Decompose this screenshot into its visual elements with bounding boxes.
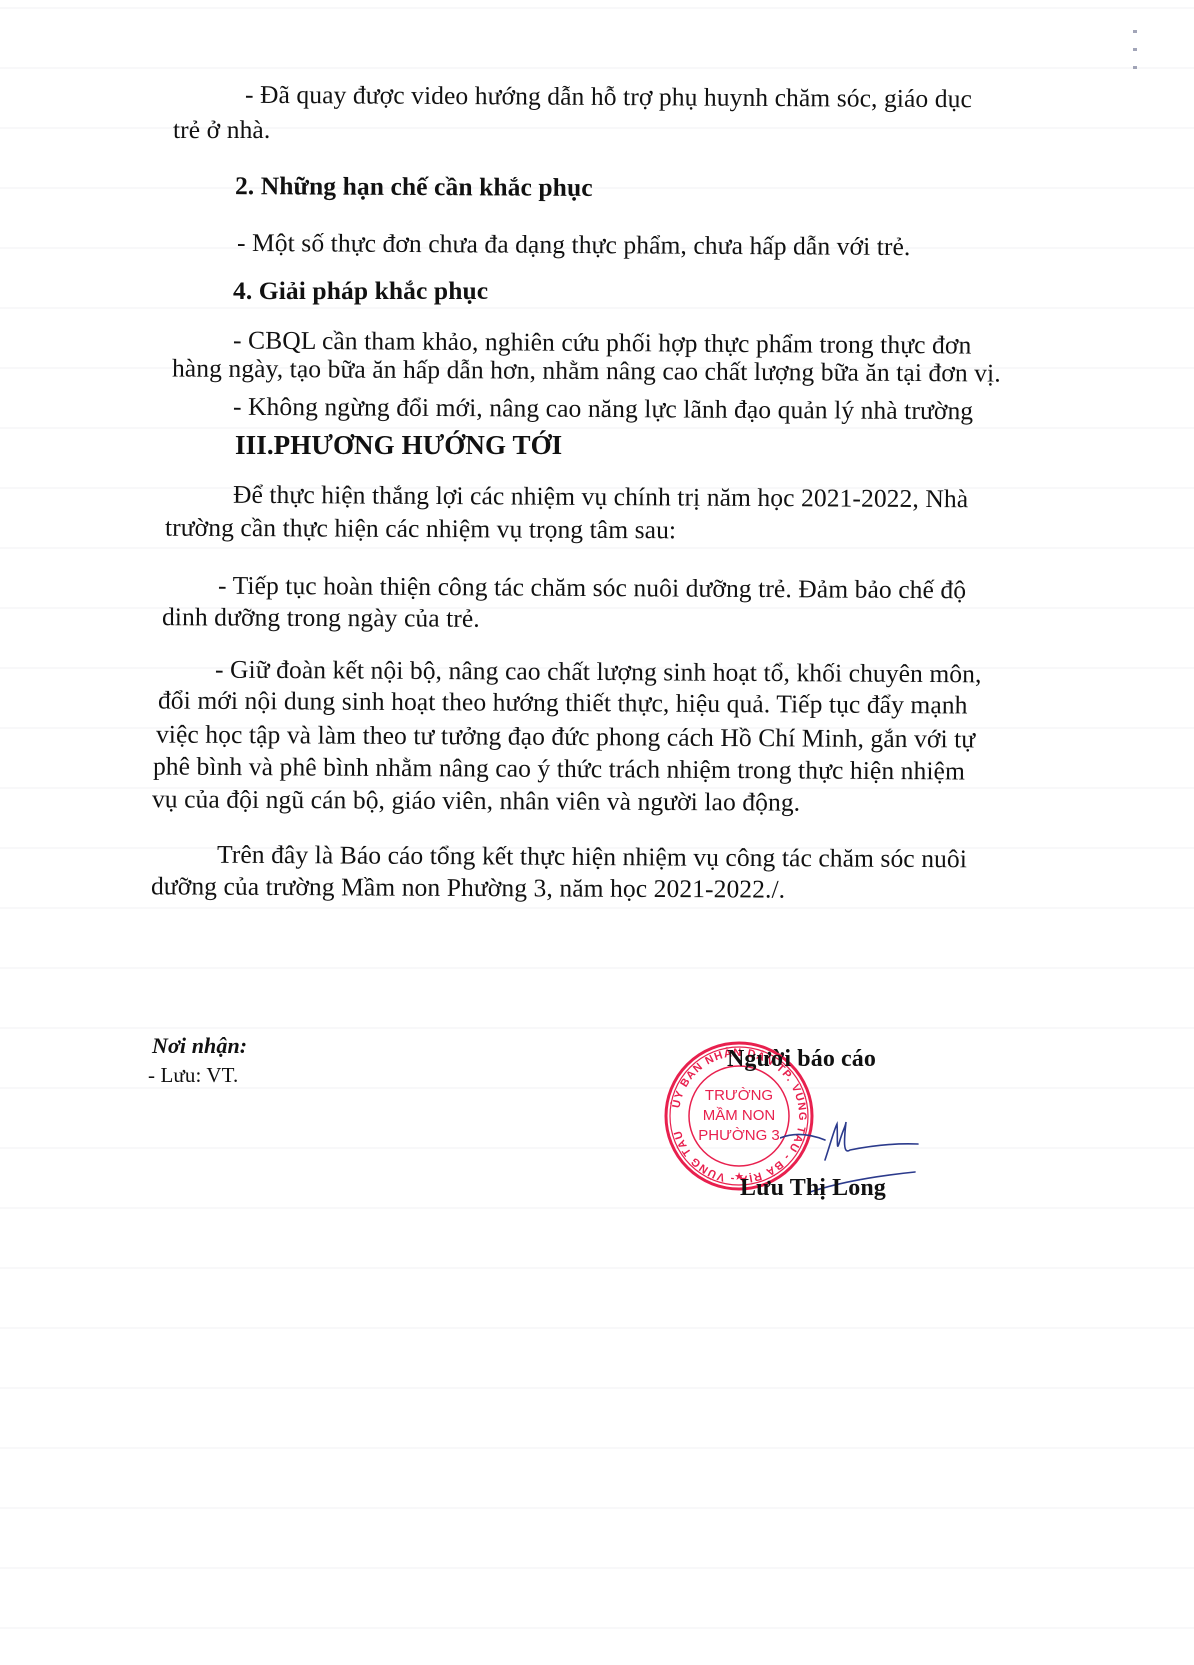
recipients-label: Nơi nhận: <box>152 1033 247 1059</box>
bullet-unity: - Giữ đoàn kết nội bộ, nâng cao chất lượ… <box>215 655 982 690</box>
svg-text:TRƯỜNG: TRƯỜNG <box>705 1087 773 1104</box>
closing-statement: Trên đây là Báo cáo tổng kết thực hiện n… <box>217 840 967 875</box>
bullet-menu-limitation: - Một số thực đơn chưa đa dạng thực phẩm… <box>237 228 911 262</box>
bullet-unity-cont-4: vụ của đội ngũ cán bộ, giáo viên, nhân v… <box>152 784 800 817</box>
heading-limitations: 2. Những hạn chế cần khắc phục <box>235 171 593 203</box>
direction-intro: Để thực hiện thắng lợi các nhiệm vụ chín… <box>233 480 968 514</box>
heading-direction: III.PHƯƠNG HƯỚNG TỚI <box>235 430 562 461</box>
scanner-marks <box>1133 30 1139 90</box>
svg-text:PHƯỜNG 3: PHƯỜNG 3 <box>698 1127 780 1144</box>
svg-text:MẦM NON: MẦM NON <box>703 1107 776 1124</box>
recipient-item: - Lưu: VT. <box>148 1063 238 1088</box>
bullet-unity-cont-1: đổi mới nội dung sinh hoạt theo hướng th… <box>158 686 968 721</box>
bullet-unity-cont-3: phê bình và phê bình nhằm nâng cao ý thứ… <box>153 752 965 787</box>
signer-name: Lưu Thị Long <box>740 1175 886 1202</box>
bullet-video-guidance: - Đã quay được video hướng dẫn hỗ trợ ph… <box>245 80 972 114</box>
bullet-cbql-cont: hàng ngày, tạo bữa ăn hấp dẫn hơn, nhằm … <box>172 353 1001 388</box>
heading-solutions: 4. Giải pháp khắc phục <box>233 276 488 306</box>
bullet-innovation: - Không ngừng đổi mới, nâng cao năng lực… <box>233 392 973 427</box>
bullet-video-guidance-cont: trẻ ở nhà. <box>173 115 270 145</box>
direction-intro-cont: trường cần thực hiện các nhiệm vụ trọng … <box>165 513 676 546</box>
closing-statement-cont: dưỡng của trường Mầm non Phường 3, năm h… <box>151 871 785 904</box>
bullet-care: - Tiếp tục hoàn thiện công tác chăm sóc … <box>218 571 966 606</box>
bullet-care-cont: dinh dưỡng trong ngày của trẻ. <box>162 602 480 634</box>
bullet-unity-cont-2: việc học tập và làm theo tư tưởng đạo đứ… <box>156 719 975 754</box>
signer-title: Người báo cáo <box>727 1046 876 1073</box>
